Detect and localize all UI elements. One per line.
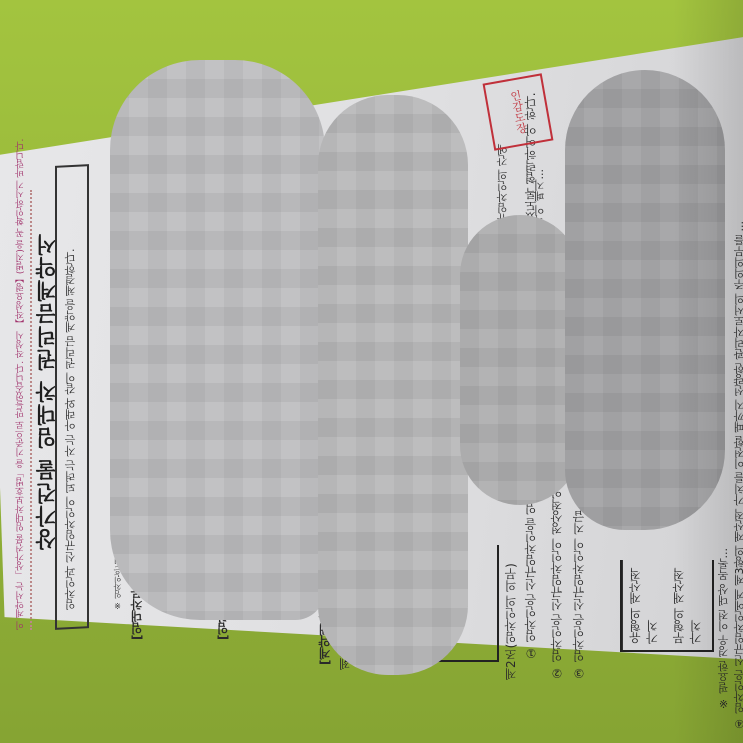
red-seal-stamp: 인감도장 (483, 73, 554, 150)
tangible-value-row: 유형의 재산적 가치 (622, 560, 664, 650)
pixelated-redaction-1 (110, 60, 325, 620)
contract-document: 이 계약서는 「상가건물 임대차보호법」을 기준으로 만들었습니다. 작성시 【… (0, 0, 743, 743)
contract-intro: 임차인과 신규임차인이 되려는 자는 아래와 같이 권리금 계약을 체결한다. (63, 360, 79, 610)
article-2-heading: 제2조(임차인의 의무) (504, 563, 518, 680)
photo-shadow (673, 0, 743, 743)
contract-notice: 이 계약서는 「상가건물 임대차보호법」을 기준으로 만들었습니다. 작성시 【… (14, 190, 32, 630)
pixelated-redaction-2 (318, 95, 468, 675)
pixelated-redaction-4 (460, 215, 580, 505)
